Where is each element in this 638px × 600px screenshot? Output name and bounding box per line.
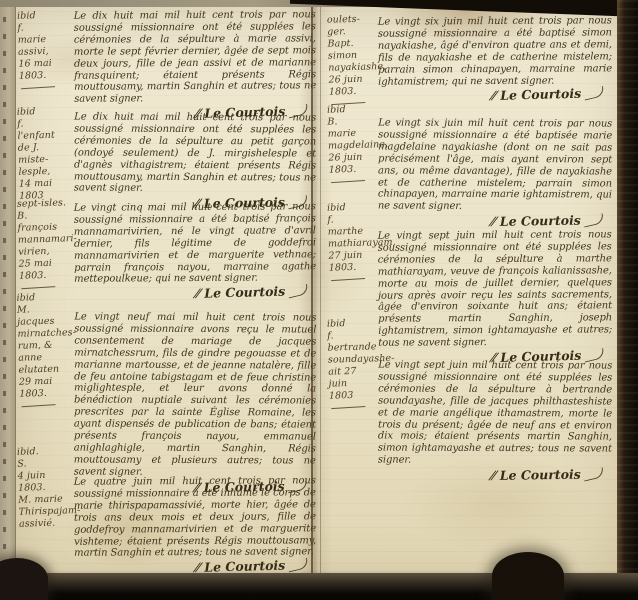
entry-text: Le vingt six juin mil huit cent trois pa… — [378, 117, 612, 213]
burial-entry: Le vingt sept juin mil huit cent trois n… — [378, 229, 613, 365]
margin-note-text: ibid f. l'enfant de J. miste- lesple, 14… — [17, 105, 72, 202]
entry-text: Le quatre juin mil huit cent trois par n… — [74, 475, 317, 560]
margin-divider — [331, 278, 365, 281]
baptism-entry: Le vingt six juin mil huit cent trois pa… — [378, 117, 612, 229]
margin-note: ibid. S. 4 juin 1803. M. marie Thirispaj… — [17, 445, 71, 530]
left-page-body-column: Le dix huit mai mil huit cent trois par … — [74, 0, 316, 578]
finger-silhouette-right — [492, 552, 564, 600]
margin-note-text: ibid M. jacques mirnatches- rum, & anne … — [16, 291, 71, 400]
margin-divider — [21, 86, 55, 89]
gutter-rule-line — [320, 6, 321, 574]
margin-note: ibid f. marie assivi, 16 mai 1803. — [17, 9, 71, 88]
margin-note-text: oulets-ger. Bapt. simon nayakiashe, 26 j… — [327, 13, 375, 98]
margin-divider — [22, 404, 56, 407]
burial-entry: Le quatre juin mil huit cent trois par n… — [74, 475, 317, 576]
margin-note-text: sept-isles. B. françois mannamari- virie… — [17, 197, 71, 282]
margin-note: sept-isles. B. françois mannamari- virie… — [17, 197, 71, 288]
entry-text: Le vingt sept juin mil huit cent trois p… — [378, 359, 612, 467]
baptism-entry: Le vingt cinq mai mil huit cent trois pa… — [74, 201, 317, 302]
burial-entry: Le vingt sept juin mil huit cent trois p… — [378, 359, 613, 483]
entry-text: Le dix huit mai mil huit cent trois par … — [74, 111, 316, 195]
margin-note-text: ibid f. marie assivi, 16 mai 1803. — [17, 9, 71, 82]
entry-text: Le vingt neuf mai mil huit cent trois no… — [74, 311, 317, 479]
margin-note: ibid f. marthe mathiarayam, 27 juin 1803… — [327, 201, 375, 280]
margin-note-text: ibid. S. 4 juin 1803. M. marie Thirispaj… — [17, 445, 71, 530]
margin-divider — [21, 286, 55, 289]
marriage-entry: Le vingt neuf mai mil huit cent trois no… — [74, 311, 317, 495]
margin-note: oulets-ger. Bapt. simon nayakiashe, 26 j… — [327, 13, 375, 104]
entry-text: Le dix huit mai mil huit cent trois par … — [74, 9, 317, 106]
left-page-margin-column: ibid f. marie assivi, 16 mai 1803. ibid … — [18, 0, 70, 578]
priest-signature: ⁄⁄ Le Courtois — [378, 85, 612, 106]
margin-note-text: ibid B. marie magdelaine, 26 juin 1803. — [327, 103, 375, 176]
margin-note: ibid M. jacques mirnatches- rum, & anne … — [16, 291, 71, 406]
margin-divider — [331, 180, 365, 183]
margin-note: ibid f. bertrande soundayashe- ait 27 ju… — [327, 317, 375, 408]
priest-signature: ⁄⁄ Le Courtois — [74, 283, 316, 305]
register-scan: ibid f. marie assivi, 16 mai 1803. ibid … — [0, 0, 638, 600]
margin-note-text: ibid f. marthe mathiarayam, 27 juin 1803… — [327, 201, 375, 274]
right-page-body-column: Le vingt six juin mil huit cent trois pa… — [378, 0, 612, 578]
burial-entry: Le dix huit mai mil huit cent trois par … — [74, 9, 317, 122]
margin-divider — [331, 406, 365, 409]
burial-entry: Le dix huit mai mil huit cent trois par … — [74, 111, 316, 211]
right-page-margin-column: oulets-ger. Bapt. simon nayakiashe, 26 j… — [328, 0, 374, 578]
priest-signature: ⁄⁄ Le Courtois — [378, 466, 612, 485]
gutter-rule-line — [311, 4, 313, 576]
priest-signature: ⁄⁄ Le Courtois — [378, 212, 612, 231]
binding-edge — [0, 0, 16, 600]
margin-note: ibid B. marie magdelaine, 26 juin 1803. — [327, 103, 375, 182]
entry-text: Le vingt six juin mil huit cent trois pa… — [378, 15, 612, 88]
entry-text: Le vingt sept juin mil huit cent trois n… — [378, 229, 613, 349]
entry-text: Le vingt cinq mai mil huit cent trois pa… — [74, 201, 317, 286]
margin-note: ibid f. l'enfant de J. miste- lesple, 14… — [17, 105, 72, 202]
margin-note-text: ibid f. bertrande soundayashe- ait 27 ju… — [327, 317, 375, 402]
photo-right-edge — [617, 0, 638, 600]
gutter-shadow — [298, 0, 332, 578]
baptism-entry: Le vingt six juin mil huit cent trois pa… — [378, 15, 613, 104]
